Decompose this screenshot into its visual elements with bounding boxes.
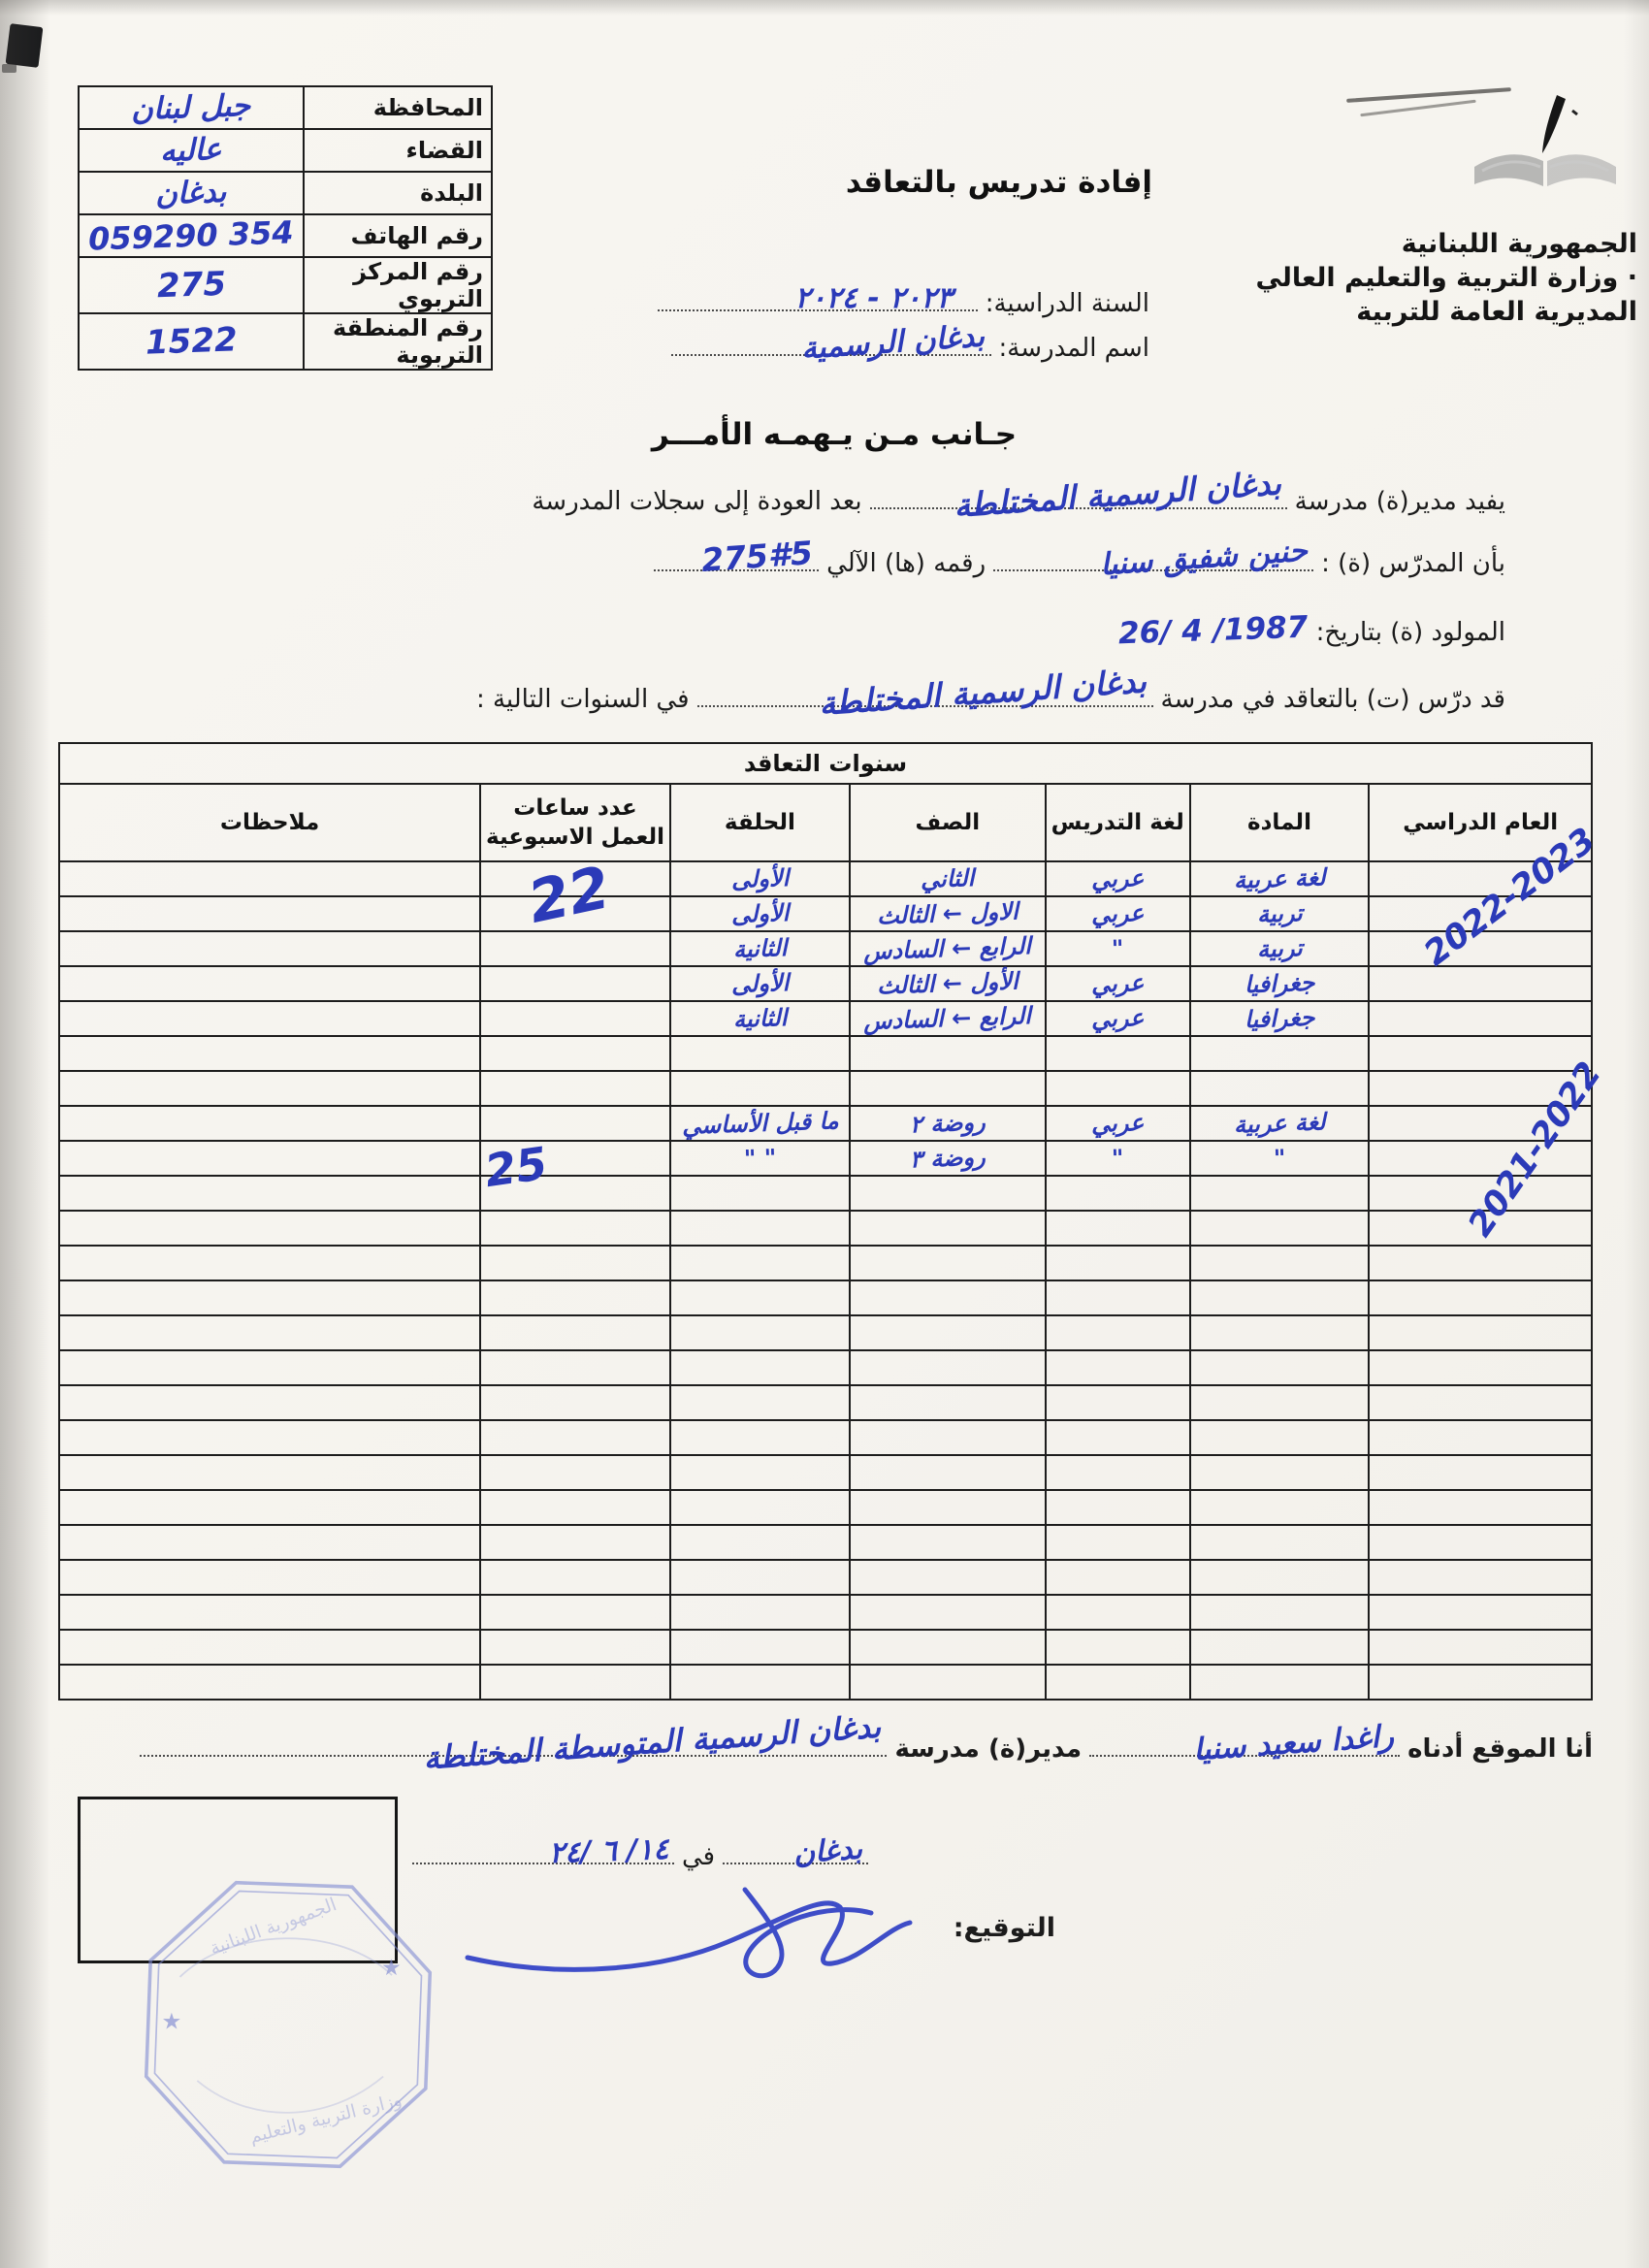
contract-cell-notes bbox=[59, 931, 480, 966]
handwritten-school-year: ٢٠٢٣ - ٢٠٢٤ bbox=[794, 281, 952, 315]
contract-cell-notes bbox=[59, 1036, 480, 1071]
contract-cell-lang: " bbox=[1046, 1141, 1190, 1176]
contract-cell-cycle: الثانية bbox=[670, 931, 850, 966]
contract-cell-year bbox=[1369, 1665, 1592, 1700]
handwritten-cell-value: لغة عربية bbox=[1233, 1108, 1325, 1138]
contract-cell-grade: الأول ← الثالث bbox=[850, 966, 1046, 1001]
contract-cell-notes bbox=[59, 1630, 480, 1665]
contract-cell-notes bbox=[59, 861, 480, 896]
contract-cell-year bbox=[1369, 1595, 1592, 1630]
contract-cell-lang: " bbox=[1046, 931, 1190, 966]
contract-cell-cycle: الأولى bbox=[670, 966, 850, 1001]
contract-cell-hours bbox=[480, 1246, 670, 1280]
contract-cell-subject bbox=[1190, 1246, 1370, 1280]
contract-table-row: تربيةعربيالاول ← الثالثالأولى bbox=[59, 896, 1592, 931]
info-value-edu-center: 275 bbox=[79, 257, 304, 313]
contract-cell-lang bbox=[1046, 1665, 1190, 1700]
dotted-line: بدغان الرسمية bbox=[671, 328, 991, 356]
contract-cell-hours bbox=[480, 966, 670, 1001]
contract-cell-notes bbox=[59, 1420, 480, 1455]
contract-cell-lang: عربي bbox=[1046, 1001, 1190, 1036]
contract-cell-cycle bbox=[670, 1385, 850, 1420]
contract-table-row bbox=[59, 1315, 1592, 1350]
contract-cell-subject bbox=[1190, 1385, 1370, 1420]
handwritten-cell-value: " bbox=[1111, 1145, 1123, 1172]
handwritten-value: جبل لبنان bbox=[131, 88, 251, 127]
contract-cell-subject bbox=[1190, 1455, 1370, 1490]
contract-cell-year bbox=[1369, 1036, 1592, 1071]
contract-cell-year bbox=[1369, 1385, 1592, 1420]
handwritten-value: بدغان bbox=[155, 175, 228, 212]
info-label-district: القضاء bbox=[304, 129, 492, 172]
contract-cell-cycle bbox=[670, 1420, 850, 1455]
table-row: القضاء عاليه bbox=[79, 129, 492, 172]
scan-smudge bbox=[2, 64, 16, 73]
contract-cell-notes bbox=[59, 1106, 480, 1141]
contract-cell-year bbox=[1369, 1490, 1592, 1525]
contract-cell-grade: روضة ٢ bbox=[850, 1106, 1046, 1141]
contract-cell-hours bbox=[480, 1106, 670, 1141]
stamp-star-icon: ★ bbox=[162, 2008, 182, 2034]
contract-cell-subject bbox=[1190, 1665, 1370, 1700]
contract-cell-grade bbox=[850, 1036, 1046, 1071]
handwritten-phone: 059290 354 bbox=[88, 213, 295, 257]
contract-table-row bbox=[59, 1350, 1592, 1385]
handwritten-school-name: بدغان الرسمية المختلطة bbox=[953, 465, 1282, 525]
contract-cell-hours bbox=[480, 1036, 670, 1071]
contract-cell-lang bbox=[1046, 1385, 1190, 1420]
dotted-line: 275#5 bbox=[654, 543, 819, 571]
contract-cell-lang bbox=[1046, 1211, 1190, 1246]
contract-cell-lang: عربي bbox=[1046, 966, 1190, 1001]
contract-cell-notes bbox=[59, 1560, 480, 1595]
handwritten-cell-value: عربي bbox=[1091, 899, 1145, 928]
handwritten-cell-value: لغة عربية bbox=[1233, 863, 1325, 893]
contract-cell-notes bbox=[59, 1490, 480, 1525]
table-row: رقم المركز التربوي 275 bbox=[79, 257, 492, 313]
contract-cell-hours bbox=[480, 1455, 670, 1490]
contract-cell-hours bbox=[480, 1490, 670, 1525]
contract-cell-lang: عربي bbox=[1046, 896, 1190, 931]
info-value-governorate: جبل لبنان bbox=[79, 86, 304, 129]
handwritten-cell-value: الرابع ← السادس bbox=[863, 1002, 1032, 1035]
contract-cell-year bbox=[1369, 1455, 1592, 1490]
contract-cell-notes bbox=[59, 1595, 480, 1630]
handwritten-cell-value: الاول ← الثالث bbox=[877, 897, 1019, 929]
contract-cell-lang bbox=[1046, 1280, 1190, 1315]
info-label-phone: رقم الهاتف bbox=[304, 214, 492, 257]
declaration-line: أنا الموقع أدناه راغدا سعيد سنيا مدير(ة)… bbox=[140, 1729, 1593, 1764]
contract-cell-lang: عربي bbox=[1046, 1106, 1190, 1141]
handwritten-cell-value: الرابع ← السادس bbox=[863, 932, 1032, 965]
contract-cell-subject bbox=[1190, 1420, 1370, 1455]
dotted-line: ٢٠٢٣ - ٢٠٢٤ bbox=[658, 283, 978, 311]
handwritten-school-name: بدغان الرسمية bbox=[800, 319, 986, 367]
col-header-subject: المادة bbox=[1190, 784, 1370, 861]
contract-cell-lang bbox=[1046, 1630, 1190, 1665]
contract-cell-notes bbox=[59, 966, 480, 1001]
table-header-row: العام الدراسي المادة لغة التدريس الصف ال… bbox=[59, 784, 1592, 861]
contract-table-row bbox=[59, 1036, 1592, 1071]
contract-cell-cycle bbox=[670, 1560, 850, 1595]
contract-cell-hours bbox=[480, 931, 670, 966]
dotted-line: بدغان الرسمية المتوسطة المختلطة bbox=[140, 1729, 887, 1757]
contract-cell-notes bbox=[59, 896, 480, 931]
handwritten-cell-value: عربي bbox=[1091, 1109, 1145, 1138]
contract-cell-lang bbox=[1046, 1176, 1190, 1211]
contract-cell-grade bbox=[850, 1176, 1046, 1211]
col-header-weekly-hours: عدد ساعات العمل الاسبوعية bbox=[480, 784, 670, 861]
contract-cell-year bbox=[1369, 1525, 1592, 1560]
contract-cell-subject bbox=[1190, 1036, 1370, 1071]
handwritten-teacher-name: حنين شفيق سنيا bbox=[1099, 534, 1309, 583]
teacher-label: بأن المدرّس (ة) : bbox=[1321, 549, 1505, 578]
contract-cell-hours bbox=[480, 1071, 670, 1106]
contract-cell-notes bbox=[59, 1211, 480, 1246]
contract-table-row bbox=[59, 1280, 1592, 1315]
table-row: رقم المنطقة التربوية 1522 bbox=[79, 313, 492, 370]
contract-cell-cycle: ما قبل الأساسي bbox=[670, 1106, 850, 1141]
contract-cell-hours bbox=[480, 1525, 670, 1560]
contract-cell-grade bbox=[850, 1560, 1046, 1595]
teacher-number-label: رقمه (ها) الآلي bbox=[826, 549, 986, 578]
table-row: المحافظة جبل لبنان bbox=[79, 86, 492, 129]
contract-cell-lang bbox=[1046, 1595, 1190, 1630]
contract-cell-year bbox=[1369, 1246, 1592, 1280]
ministry-stamp: الجمهورية اللبنانية وزارة التربية والتعل… bbox=[128, 1864, 448, 2185]
dotted-line: بدغان الرسمية المختلطة bbox=[697, 679, 1153, 707]
statement-line-4: قد درّس (ت) بالتعاقد في مدرسة بدغان الرس… bbox=[476, 679, 1505, 714]
info-label-edu-center: رقم المركز التربوي bbox=[304, 257, 492, 313]
contract-cell-grade: الاول ← الثالث bbox=[850, 896, 1046, 931]
dotted-line: حنين شفيق سنيا bbox=[993, 543, 1313, 571]
contract-cell-cycle bbox=[670, 1630, 850, 1665]
contract-cell-hours bbox=[480, 1630, 670, 1665]
contract-cell-grade bbox=[850, 1595, 1046, 1630]
contract-cell-notes bbox=[59, 1141, 480, 1176]
contract-cell-subject bbox=[1190, 1630, 1370, 1665]
contract-cell-subject bbox=[1190, 1525, 1370, 1560]
contract-cell-grade bbox=[850, 1665, 1046, 1700]
contract-cell-year bbox=[1369, 966, 1592, 1001]
contract-cell-subject bbox=[1190, 1071, 1370, 1106]
contract-cell-cycle bbox=[670, 1315, 850, 1350]
contract-table-row: لغة عربيةعربيالثانيالأولى bbox=[59, 861, 1592, 896]
contract-cell-grade bbox=[850, 1211, 1046, 1246]
handwritten-cell-value: جغرافيا bbox=[1244, 969, 1314, 999]
handwritten-teacher-number: 275#5 bbox=[700, 534, 814, 579]
handwritten-cell-value: تربية bbox=[1256, 899, 1303, 928]
school-name-label: اسم المدرسة: bbox=[999, 334, 1149, 363]
contract-cell-lang bbox=[1046, 1246, 1190, 1280]
contract-cell-notes bbox=[59, 1176, 480, 1211]
contract-table-row bbox=[59, 1211, 1592, 1246]
handwritten-hours-22: 22 bbox=[524, 859, 615, 932]
contract-cell-subject: لغة عربية bbox=[1190, 861, 1370, 896]
contract-cell-subject bbox=[1190, 1315, 1370, 1350]
contract-cell-notes bbox=[59, 1280, 480, 1315]
statement-p4-suffix: في السنوات التالية : bbox=[476, 685, 690, 714]
contract-table-row bbox=[59, 1630, 1592, 1665]
contract-cell-subject bbox=[1190, 1211, 1370, 1246]
birth-date-label: المولود (ة) بتاريخ: bbox=[1316, 618, 1505, 647]
ministry-book-quill-icon bbox=[1463, 89, 1628, 215]
info-value-edu-zone: 1522 bbox=[79, 313, 304, 370]
school-year-label: السنة الدراسية: bbox=[986, 289, 1149, 318]
declaration-mid: مدير(ة) مدرسة bbox=[894, 1734, 1082, 1764]
contract-cell-subject bbox=[1190, 1490, 1370, 1525]
table-row: البلدة بدغان bbox=[79, 172, 492, 214]
contract-cell-grade bbox=[850, 1490, 1046, 1525]
contract-cell-cycle bbox=[670, 1455, 850, 1490]
contract-table-row bbox=[59, 1560, 1592, 1595]
contract-cell-year bbox=[1369, 1280, 1592, 1315]
contract-cell-cycle bbox=[670, 1071, 850, 1106]
contract-cell-hours bbox=[480, 1315, 670, 1350]
contract-table-row: لغة عربيةعربيروضة ٢ما قبل الأساسي bbox=[59, 1106, 1592, 1141]
contract-cell-subject: تربية bbox=[1190, 931, 1370, 966]
handwritten-cell-value: روضة ٣ bbox=[910, 1144, 986, 1174]
handwritten-cell-value: عربي bbox=[1091, 969, 1145, 998]
contract-cell-notes bbox=[59, 1350, 480, 1385]
handwritten-cell-value: " bbox=[1111, 935, 1123, 962]
contract-cell-notes bbox=[59, 1385, 480, 1420]
contract-cell-cycle bbox=[670, 1280, 850, 1315]
info-value-district: عاليه bbox=[79, 129, 304, 172]
handwritten-birth-date: 26/ 4 /1987 bbox=[1118, 610, 1309, 652]
ministry-line: · وزارة التربية والتعليم العالي bbox=[1220, 261, 1637, 295]
contract-cell-year bbox=[1369, 1001, 1592, 1036]
dotted-line: ١٤/ ٦ /٢٤ bbox=[412, 1836, 674, 1864]
contract-table-row bbox=[59, 1385, 1592, 1420]
contract-table-row bbox=[59, 1420, 1592, 1455]
handwritten-cell-value: ما قبل الأساسي bbox=[681, 1107, 839, 1140]
scan-streak bbox=[1360, 100, 1475, 117]
contract-cell-year bbox=[1369, 1420, 1592, 1455]
info-label-governorate: المحافظة bbox=[304, 86, 492, 129]
contract-table-row bbox=[59, 1595, 1592, 1630]
document-title: إفادة تدريس بالتعاقد bbox=[846, 165, 1152, 200]
contract-cell-lang bbox=[1046, 1490, 1190, 1525]
info-value-phone: 059290 354 bbox=[79, 214, 304, 257]
table-row: رقم الهاتف 059290 354 bbox=[79, 214, 492, 257]
contract-cell-cycle: " " bbox=[670, 1141, 850, 1176]
handwritten-cell-value: عربي bbox=[1091, 864, 1145, 893]
handwritten-cell-value: الأولى bbox=[730, 864, 789, 893]
republic-line: الجمهورية اللبنانية bbox=[1220, 227, 1637, 261]
statement-p1-prefix: يفيد مدير(ة) مدرسة bbox=[1295, 487, 1505, 516]
directorate-line: المديرية العامة للتربية bbox=[1220, 295, 1637, 329]
contract-cell-grade bbox=[850, 1525, 1046, 1560]
handwritten-number: 1522 bbox=[145, 320, 238, 362]
col-header-teaching-language: لغة التدريس bbox=[1046, 784, 1190, 861]
contract-cell-subject: " bbox=[1190, 1141, 1370, 1176]
table-title-row: سنوات التعاقد bbox=[59, 743, 1592, 784]
contract-table-row: جغرافياعربيالأول ← الثالثالأولى bbox=[59, 966, 1592, 1001]
contract-cell-lang bbox=[1046, 1525, 1190, 1560]
contract-cell-hours bbox=[480, 1560, 670, 1595]
contract-cell-hours bbox=[480, 1420, 670, 1455]
contract-table-row: جغرافياعربيالرابع ← السادسالثانية bbox=[59, 1001, 1592, 1036]
contract-table-row bbox=[59, 1490, 1592, 1525]
contract-cell-grade: الثاني bbox=[850, 861, 1046, 896]
contract-table-row bbox=[59, 1176, 1592, 1211]
handwritten-cell-value: جغرافيا bbox=[1244, 1004, 1314, 1034]
info-label-town: البلدة bbox=[304, 172, 492, 214]
statement-line-2: بأن المدرّس (ة) : حنين شفيق سنيا رقمه (ه… bbox=[654, 543, 1505, 578]
contract-cell-cycle bbox=[670, 1595, 850, 1630]
contract-cell-cycle bbox=[670, 1036, 850, 1071]
contract-cell-year bbox=[1369, 1560, 1592, 1595]
contract-cell-subject bbox=[1190, 1280, 1370, 1315]
handwritten-cell-value: " bbox=[1273, 1145, 1285, 1172]
contract-cell-notes bbox=[59, 1665, 480, 1700]
concern-heading: جـانب مـن يـهمـه الأمـــر bbox=[601, 417, 1067, 452]
contract-cell-grade bbox=[850, 1246, 1046, 1280]
contract-cell-cycle bbox=[670, 1350, 850, 1385]
contract-cell-lang: عربي bbox=[1046, 861, 1190, 896]
contract-cell-cycle bbox=[670, 1490, 850, 1525]
contract-cell-grade bbox=[850, 1315, 1046, 1350]
info-value-town: بدغان bbox=[79, 172, 304, 214]
handwritten-cell-value: الأولى bbox=[730, 969, 789, 998]
handwritten-school-name: بدغان الرسمية المختلطة bbox=[818, 663, 1148, 723]
contract-cell-grade: الرابع ← السادس bbox=[850, 1001, 1046, 1036]
handwritten-school-name: بدغان الرسمية المتوسطة المختلطة bbox=[422, 1708, 882, 1777]
col-header-cycle: الحلقة bbox=[670, 784, 850, 861]
statement-p4-prefix: قد درّس (ت) بالتعاقد في مدرسة bbox=[1161, 685, 1505, 714]
contract-cell-subject bbox=[1190, 1350, 1370, 1385]
contract-cell-grade: روضة ٣ bbox=[850, 1141, 1046, 1176]
handwritten-cell-value: الثانية bbox=[732, 934, 787, 963]
handwritten-cell-value: روضة ٢ bbox=[910, 1109, 986, 1139]
contract-cell-lang bbox=[1046, 1350, 1190, 1385]
handwritten-cell-value: الأول ← الثالث bbox=[877, 967, 1019, 999]
contract-cell-grade bbox=[850, 1385, 1046, 1420]
contract-cell-year bbox=[1369, 1630, 1592, 1665]
signature-scribble bbox=[454, 1864, 997, 1995]
statement-line-3: المولود (ة) بتاريخ: 26/ 4 /1987 bbox=[1118, 613, 1505, 648]
contract-cell-notes bbox=[59, 1525, 480, 1560]
contract-cell-lang bbox=[1046, 1071, 1190, 1106]
contract-cell-hours bbox=[480, 1001, 670, 1036]
handwritten-cell-value: الثانية bbox=[732, 1004, 787, 1033]
contract-table-row bbox=[59, 1071, 1592, 1106]
contract-cell-notes bbox=[59, 1071, 480, 1106]
contract-cell-hours bbox=[480, 1595, 670, 1630]
dotted-line: بدغان الرسمية المختلطة bbox=[870, 481, 1287, 509]
contract-table-row: تربية"الرابع ← السادسالثانية bbox=[59, 931, 1592, 966]
contract-table-row: ""روضة ٣" " bbox=[59, 1141, 1592, 1176]
location-info-table: المحافظة جبل لبنان القضاء عاليه البلدة ب… bbox=[78, 85, 493, 371]
contract-cell-cycle bbox=[670, 1211, 850, 1246]
col-header-grade: الصف bbox=[850, 784, 1046, 861]
contract-cell-subject bbox=[1190, 1595, 1370, 1630]
school-name-line: اسم المدرسة: بدغان الرسمية bbox=[671, 328, 1149, 363]
scanned-contract-teaching-certificate: الجمهورية اللبنانية · وزارة التربية والت… bbox=[0, 0, 1649, 2268]
handwritten-cell-value: الأولى bbox=[730, 899, 789, 928]
contract-cell-cycle: الثانية bbox=[670, 1001, 850, 1036]
contract-cell-lang bbox=[1046, 1036, 1190, 1071]
contract-cell-grade bbox=[850, 1280, 1046, 1315]
contract-cell-grade bbox=[850, 1420, 1046, 1455]
contract-cell-notes bbox=[59, 1246, 480, 1280]
col-header-notes: ملاحظات bbox=[59, 784, 480, 861]
handwritten-cell-value: عربي bbox=[1091, 1004, 1145, 1033]
statement-p1-suffix: بعد العودة إلى سجلات المدرسة bbox=[532, 487, 861, 516]
contract-cell-notes bbox=[59, 1001, 480, 1036]
handwritten-director-name: راغدا سعيد سنيا bbox=[1192, 1719, 1395, 1767]
handwritten-cell-value: الثاني bbox=[921, 864, 975, 893]
handwritten-hours-25: 25 bbox=[482, 1141, 550, 1193]
contract-cell-cycle bbox=[670, 1525, 850, 1560]
contract-cell-grade bbox=[850, 1455, 1046, 1490]
contract-cell-lang bbox=[1046, 1315, 1190, 1350]
contract-cell-cycle bbox=[670, 1246, 850, 1280]
contract-cell-subject bbox=[1190, 1560, 1370, 1595]
contract-cell-cycle: الأولى bbox=[670, 896, 850, 931]
contract-table-row bbox=[59, 1665, 1592, 1700]
contract-cell-year bbox=[1369, 1350, 1592, 1385]
contract-cell-hours bbox=[480, 1211, 670, 1246]
scan-smudge bbox=[6, 23, 44, 68]
dotted-line: بدغان bbox=[723, 1836, 868, 1864]
contract-cell-notes bbox=[59, 1455, 480, 1490]
contract-cell-lang bbox=[1046, 1455, 1190, 1490]
contract-cell-subject: تربية bbox=[1190, 896, 1370, 931]
contract-cell-subject: جغرافيا bbox=[1190, 1001, 1370, 1036]
contract-cell-subject: لغة عربية bbox=[1190, 1106, 1370, 1141]
contract-cell-subject: جغرافيا bbox=[1190, 966, 1370, 1001]
declaration-prefix: أنا الموقع أدناه bbox=[1407, 1734, 1593, 1764]
contract-years-table: سنوات التعاقد العام الدراسي المادة لغة ا… bbox=[58, 742, 1593, 1701]
contract-table-title: سنوات التعاقد bbox=[59, 743, 1592, 784]
contract-cell-hours bbox=[480, 1665, 670, 1700]
contract-cell-hours bbox=[480, 1385, 670, 1420]
contract-cell-lang bbox=[1046, 1560, 1190, 1595]
contract-table-row bbox=[59, 1246, 1592, 1280]
stamp-star-icon: ★ bbox=[381, 1955, 402, 1981]
dotted-line: راغدا سعيد سنيا bbox=[1089, 1729, 1400, 1757]
handwritten-value: عاليه bbox=[160, 132, 223, 169]
contract-cell-grade: الرابع ← السادس bbox=[850, 931, 1046, 966]
contract-cell-subject bbox=[1190, 1176, 1370, 1211]
handwritten-cell-value: تربية bbox=[1256, 934, 1303, 963]
contract-cell-lang bbox=[1046, 1420, 1190, 1455]
contract-cell-grade bbox=[850, 1350, 1046, 1385]
contract-cell-hours bbox=[480, 1350, 670, 1385]
contract-table-row bbox=[59, 1525, 1592, 1560]
contract-cell-year bbox=[1369, 1315, 1592, 1350]
contract-cell-grade bbox=[850, 1630, 1046, 1665]
stamp-republic-text: الجمهورية اللبنانية bbox=[208, 1895, 339, 1960]
school-year-line: السنة الدراسية: ٢٠٢٣ - ٢٠٢٤ bbox=[658, 283, 1149, 318]
contract-cell-hours bbox=[480, 1280, 670, 1315]
contract-cell-cycle: الأولى bbox=[670, 861, 850, 896]
handwritten-number: 275 bbox=[156, 265, 226, 306]
contract-cell-cycle bbox=[670, 1176, 850, 1211]
contract-cell-grade bbox=[850, 1071, 1046, 1106]
info-label-edu-zone: رقم المنطقة التربوية bbox=[304, 313, 492, 370]
handwritten-cell-value: " " bbox=[743, 1144, 776, 1172]
contract-cell-notes bbox=[59, 1315, 480, 1350]
contract-cell-cycle bbox=[670, 1665, 850, 1700]
gov-header: الجمهورية اللبنانية · وزارة التربية والت… bbox=[1220, 227, 1637, 329]
statement-line-1: يفيد مدير(ة) مدرسة بدغان الرسمية المختلط… bbox=[532, 481, 1505, 516]
contract-table-row bbox=[59, 1455, 1592, 1490]
